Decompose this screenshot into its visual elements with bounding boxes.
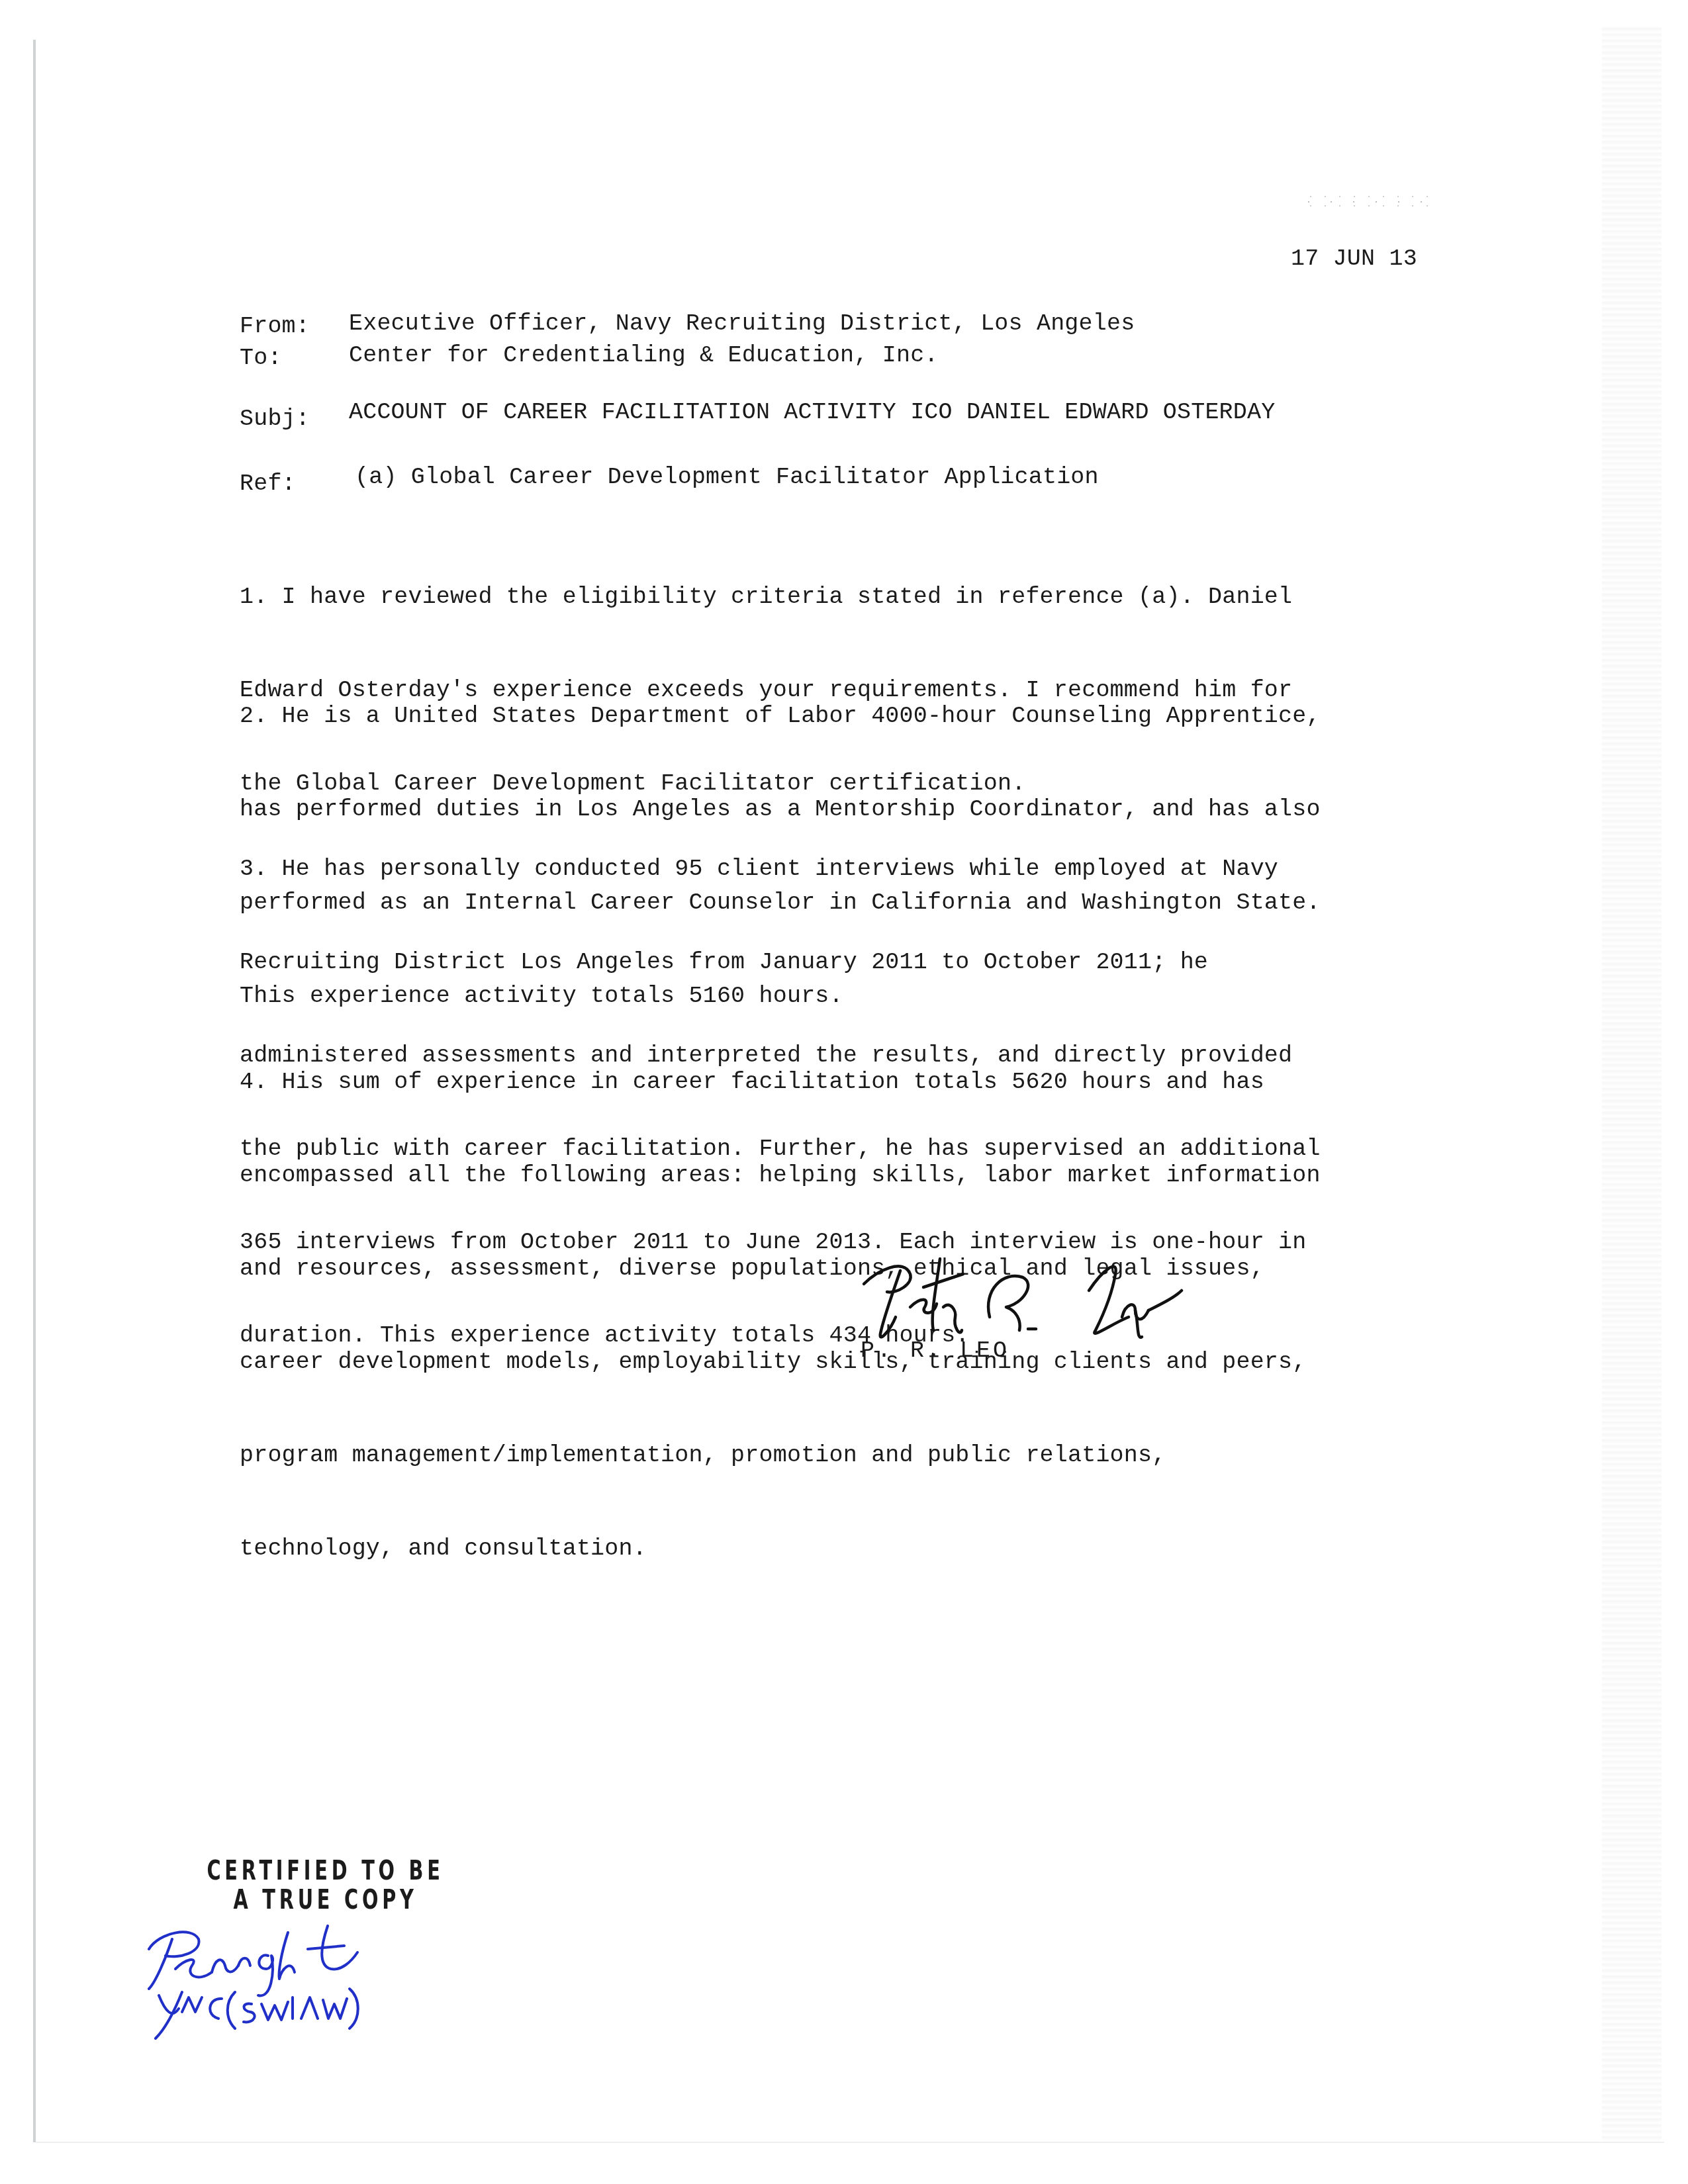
paragraph-line: 1. I have reviewed the eligibility crite… bbox=[240, 582, 1477, 613]
paragraph-line: 2. He is a United States Department of L… bbox=[240, 701, 1477, 732]
paragraph-line: 3. He has personally conducted 95 client… bbox=[240, 854, 1477, 885]
scan-edge-right bbox=[1602, 26, 1662, 2142]
signer-typed-name: P. R. LEO bbox=[861, 1336, 1009, 1367]
stamp-line-2: A TRUE COPY bbox=[192, 1886, 459, 1915]
paragraph-line: program management/implementation, promo… bbox=[240, 1440, 1477, 1471]
scan-edge-bottom bbox=[36, 2142, 1664, 2143]
subj-label: Subj: bbox=[240, 404, 310, 435]
ref-label: Ref: bbox=[240, 469, 296, 500]
paragraph-line: technology, and consultation. bbox=[240, 1533, 1477, 1565]
paragraph-line: encompassed all the following areas: hel… bbox=[240, 1160, 1477, 1191]
ref-value: (a) Global Career Development Facilitato… bbox=[355, 462, 1099, 493]
to-value: Center for Credentialing & Education, In… bbox=[349, 340, 939, 371]
certifier-signature bbox=[139, 1919, 377, 2045]
scan-speckle bbox=[1297, 192, 1430, 212]
from-value: Executive Officer, Navy Recruiting Distr… bbox=[349, 308, 1135, 340]
paragraph-line: Recruiting District Los Angeles from Jan… bbox=[240, 947, 1477, 978]
certified-true-copy-stamp: CERTIFIED TO BE A TRUE COPY bbox=[192, 1856, 459, 1915]
letter-date: 17 JUN 13 bbox=[1291, 244, 1417, 275]
from-label: From: bbox=[240, 311, 310, 342]
to-label: To: bbox=[240, 343, 282, 374]
subj-value: ACCOUNT OF CAREER FACILITATION ACTIVITY … bbox=[349, 397, 1275, 428]
paragraph-line: career development models, employability… bbox=[240, 1347, 1477, 1378]
handwritten-signature bbox=[851, 1244, 1195, 1343]
paragraph-line: 4. His sum of experience in career facil… bbox=[240, 1067, 1477, 1098]
stamp-line-1: CERTIFIED TO BE bbox=[192, 1856, 459, 1886]
scan-edge-left bbox=[33, 40, 36, 2142]
